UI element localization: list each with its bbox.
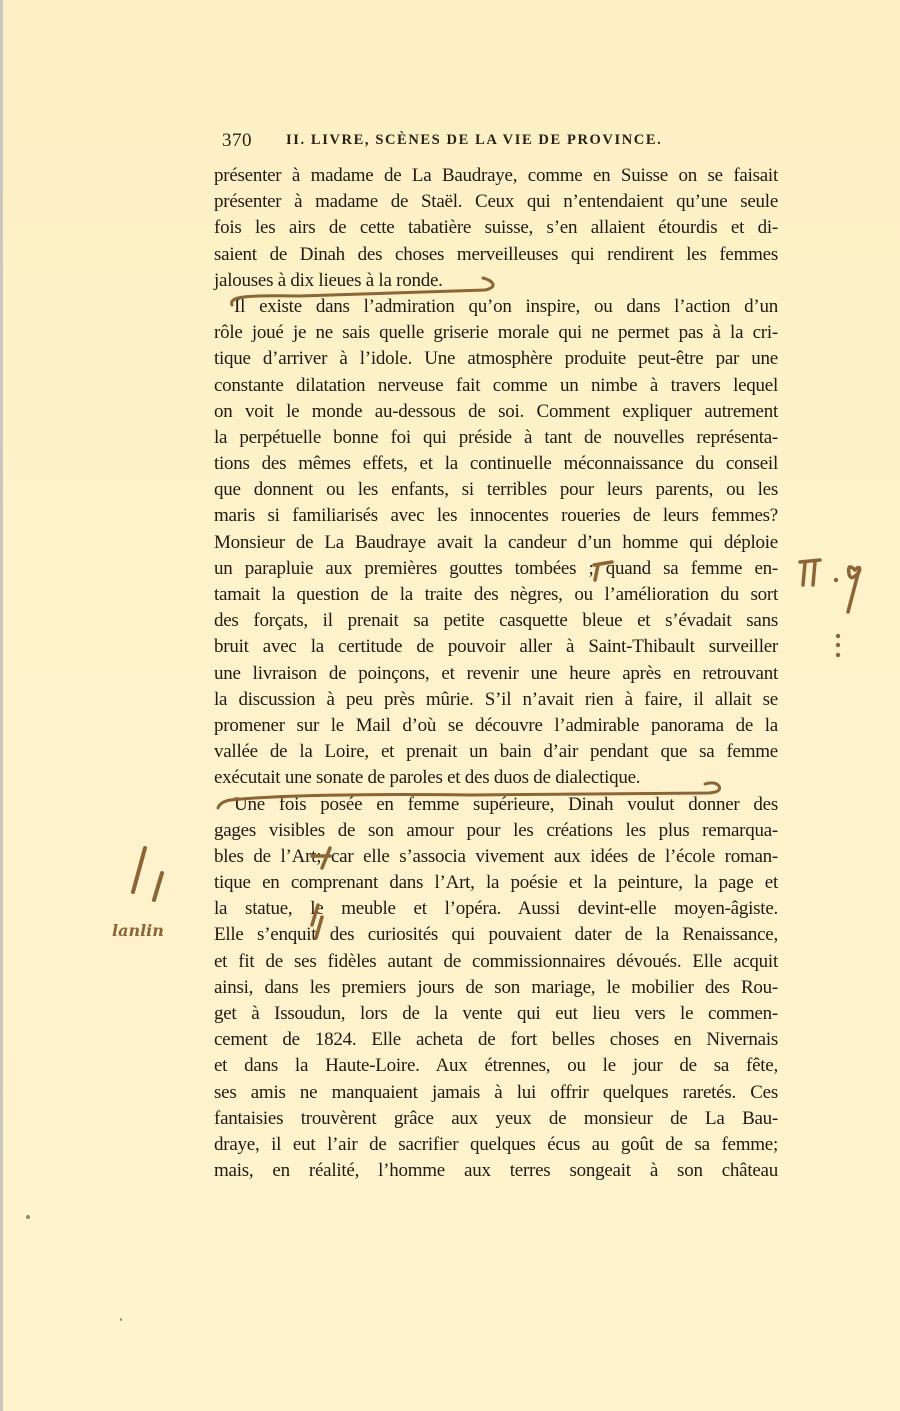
numeral-nine-icon — [848, 567, 860, 612]
text-line: ses amis ne manquaient jamais à lui offr… — [214, 1080, 778, 1106]
text-line: et fit de ses fidèles autant de commissi… — [214, 949, 778, 975]
text-line: saient de Dinah des choses merveilleuses… — [214, 242, 778, 268]
margin-slash-icon — [154, 873, 162, 900]
text-line: fois les airs de cette tabatière suisse,… — [214, 215, 778, 241]
text-line: tamait la question de la traite des nègr… — [214, 582, 778, 608]
text-line: rôle joué je ne sais quelle griserie mor… — [214, 320, 778, 346]
text-line-paragraph-start: Une fois posée en femme supérieure, Dina… — [214, 792, 778, 818]
page-number: 370 — [222, 130, 252, 152]
text-line: présenter à madame de Staël. Ceux qui n’… — [214, 189, 778, 215]
book-page: 370 II. LIVRE, SCÈNES DE LA VIE DE PROVI… — [0, 0, 900, 1411]
text-line: fantaisies trouvèrent grâce aux yeux de … — [214, 1106, 778, 1132]
pilcrow-mark-icon — [800, 560, 820, 585]
text-line: promener sur le Mail d’où se découvre l’… — [214, 713, 778, 739]
page-left-edge — [0, 0, 3, 1411]
text-line: Monsieur de La Baudraye avait la candeur… — [214, 530, 778, 556]
text-line: on voit le monde au-dessous de soi. Comm… — [214, 399, 778, 425]
text-line: maris si familiarisés avec les innocente… — [214, 503, 778, 529]
text-line: vallée de la Loire, et prenait un bain d… — [214, 739, 778, 765]
text-line: des forçats, il prenait sa petite casque… — [214, 608, 778, 634]
text-line: présenter à madame de La Baudraye, comme… — [214, 163, 778, 189]
text-line: gages visibles de son amour pour les cré… — [214, 818, 778, 844]
text-line: cement de 1824. Elle acheta de fort bell… — [214, 1027, 778, 1053]
text-line: bles de l’Art; car elle s’associa viveme… — [214, 844, 778, 870]
text-line: mais, en réalité, l’homme aux terres son… — [214, 1158, 778, 1184]
text-line-paragraph-start: Il existe dans l’admiration qu’on inspir… — [214, 294, 778, 320]
text-line: get à Issoudun, lors de la vente qui eut… — [214, 1001, 778, 1027]
body-text: présenter à madame de La Baudraye, comme… — [214, 163, 778, 1184]
dot-icon — [836, 643, 840, 647]
text-line: un parapluie aux premières gouttes tombé… — [214, 556, 778, 582]
page-header: 370 II. LIVRE, SCÈNES DE LA VIE DE PROVI… — [222, 130, 782, 158]
paper-speck — [120, 1318, 122, 1321]
text-line-paragraph-end: jalouses à dix lieues à la ronde. — [214, 268, 778, 294]
margin-slash-icon — [133, 848, 145, 892]
paper-speck — [26, 1215, 30, 1219]
running-head: II. LIVRE, SCÈNES DE LA VIE DE PROVINCE. — [286, 132, 662, 149]
dot-icon — [834, 578, 838, 582]
text-line-paragraph-end: exécutait une sonate de paroles et des d… — [214, 765, 778, 791]
text-line: tions des mêmes effets, et la continuell… — [214, 451, 778, 477]
text-line: une livraison de poinçons, et revenir un… — [214, 661, 778, 687]
text-line: bruit avec la certitude de pouvoir aller… — [214, 634, 778, 660]
text-line: constante dilatation nerveuse fait comme… — [214, 373, 778, 399]
text-line: ainsi, dans les premiers jours de son ma… — [214, 975, 778, 1001]
text-line: tique d’arriver à l’idole. Une atmosphèr… — [214, 346, 778, 372]
text-line: et dans la Haute-Loire. Aux étrennes, ou… — [214, 1053, 778, 1079]
text-line: la perpétuelle bonne foi qui préside à t… — [214, 425, 778, 451]
dot-icon — [836, 653, 840, 657]
dot-icon — [836, 634, 840, 638]
text-line: tique en comprenant dans l’Art, la poési… — [214, 870, 778, 896]
text-line: la statue, le meuble et l’opéra. Aussi d… — [214, 896, 778, 922]
text-line: que donnent ou les enfants, si terribles… — [214, 477, 778, 503]
text-line: draye, il eut l’air de sacrifier quelque… — [214, 1132, 778, 1158]
text-line: la discussion à peu près mûrie. S’il n’a… — [214, 687, 778, 713]
margin-handwritten-word: lanlin — [112, 921, 164, 940]
text-line: Elle s’enquit des curiosités qui pouvaie… — [214, 922, 778, 948]
